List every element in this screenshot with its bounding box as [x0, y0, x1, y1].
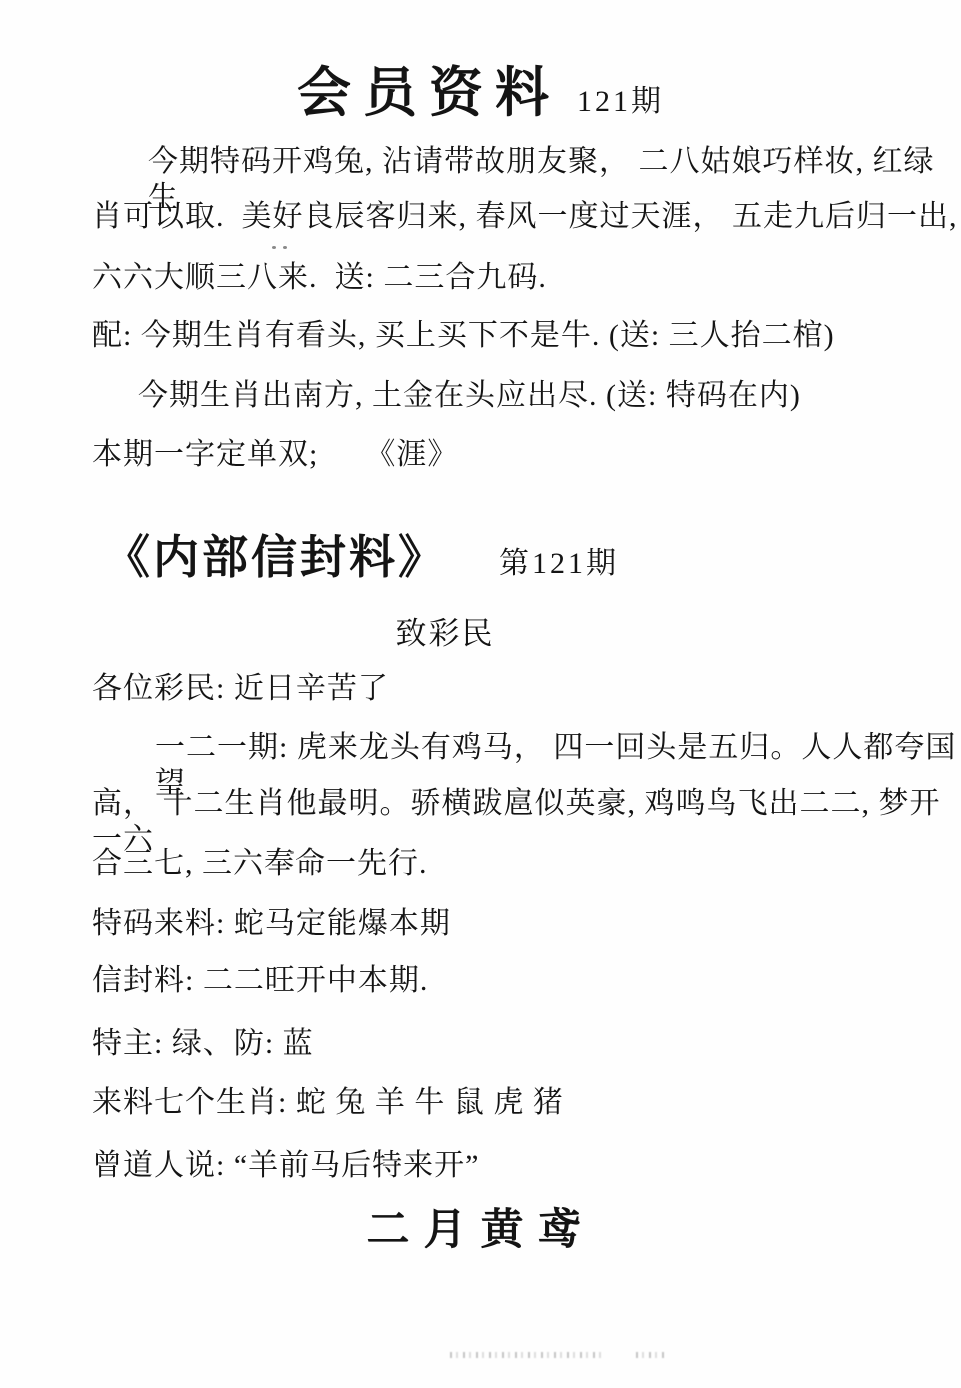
greeting-line: 各位彩民: 近日辛苦了	[92, 671, 389, 707]
salutation: 致彩民	[0, 608, 890, 653]
scan-speck	[283, 246, 287, 249]
member-odd-even-line: 本期一字定单双; 《涯》	[92, 437, 458, 473]
member-tips-line-3: 六六大顺三八来. 送: 二三合九码.	[92, 260, 547, 296]
envelope-issue-number: 第121期	[499, 547, 619, 580]
document-header: 会员资料121期	[0, 50, 961, 127]
document-issue-number: 121期	[577, 85, 664, 118]
footer-phrase: 二月黄鸢	[0, 1196, 961, 1257]
envelope-tip-line: 信封料: 二二旺开中本期.	[92, 963, 428, 999]
scan-speck	[272, 246, 276, 249]
quote-line: 曾道人说: “羊前马后特来开”	[92, 1148, 479, 1184]
zodiac-list-line: 来料七个生肖: 蛇 兔 羊 牛 鼠 虎 猪	[92, 1085, 564, 1121]
print-artifact	[636, 1352, 668, 1358]
scanned-document-page: 会员资料121期 今期特码开鸡兔, 沾请带故朋友聚， 二八姑娘巧样妆, 红绿生 …	[0, 0, 961, 1388]
body-line-3: 合三七, 三六奉命一先行.	[92, 846, 428, 882]
member-zodiac-hint-line: 今期生肖出南方, 土金在头应出尽. (送: 特码在内)	[138, 378, 801, 414]
print-artifact	[450, 1352, 602, 1358]
member-tips-line-2: 肖可以取. 美好良辰客归来, 春风一度过天涯， 五走九后归一出,	[92, 199, 958, 235]
envelope-section-title: 《内部信封料》	[104, 532, 447, 583]
color-tip-line: 特主: 绿、防: 蓝	[92, 1026, 314, 1062]
special-code-tip-line: 特码来料: 蛇马定能爆本期	[92, 906, 451, 942]
envelope-section-header: 《内部信封料》第121期	[104, 521, 619, 587]
document-title: 会员资料	[297, 63, 561, 123]
scan-speck	[290, 851, 294, 854]
member-pairing-line: 配: 今期生肖有看头, 买上买下不是牛. (送: 三人抬二棺)	[92, 318, 835, 354]
